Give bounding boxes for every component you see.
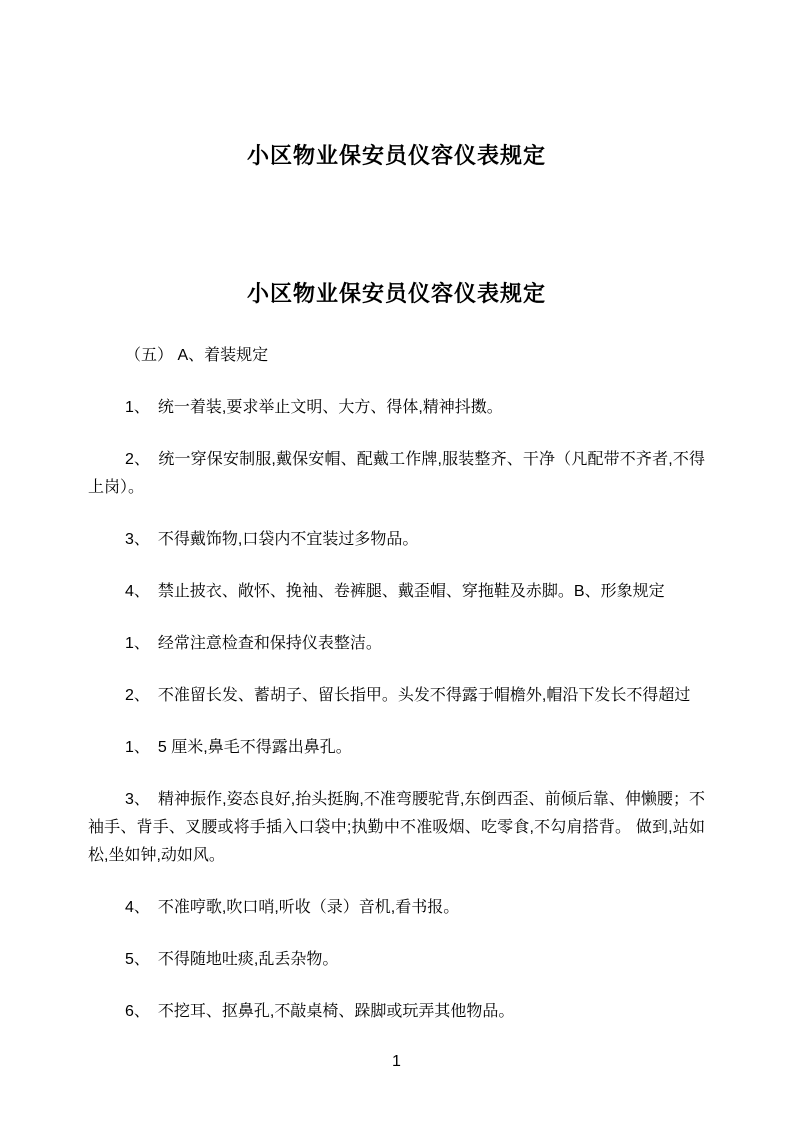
paragraph: 5、 不得随地吐痰,乱丢杂物。: [88, 946, 705, 974]
paragraph: 1、 经常注意检查和保持仪表整洁。: [88, 630, 705, 658]
paragraph: 3、 精神振作,姿态良好,抬头挺胸,不准弯腰驼背,东倒西歪、前倾后靠、伸懒腰；不…: [88, 786, 705, 870]
paragraph: 6、 不挖耳、抠鼻孔,不敲桌椅、跺脚或玩弄其他物品。: [88, 998, 705, 1026]
paragraph: 4、 禁止披衣、敞怀、挽袖、卷裤腿、戴歪帽、穿拖鞋及赤脚。B、形象规定: [88, 578, 705, 606]
page-number: 1: [0, 1050, 793, 1074]
paragraph: 1、 统一着装,要求举止文明、大方、得体,精神抖擞。: [88, 394, 705, 422]
document-heading: 小区物业保安员仪容仪表规定: [88, 278, 705, 310]
paragraph: 3、 不得戴饰物,口袋内不宜装过多物品。: [88, 526, 705, 554]
paragraph: 2、 不准留长发、蓄胡子、留长指甲。头发不得露于帽檐外,帽沿下发长不得超过: [88, 682, 705, 710]
section-heading: （五） A、着装规定: [88, 342, 705, 370]
document-title: 小区物业保安员仪容仪表规定: [88, 140, 705, 172]
paragraph: 1、 5 厘米,鼻毛不得露出鼻孔。: [88, 734, 705, 762]
paragraph: 2、 统一穿保安制服,戴保安帽、配戴工作牌,服装整齐、干净（凡配带不齐者,不得上…: [88, 446, 705, 502]
paragraph: 4、 不准哼歌,吹口哨,听收（录）音机,看书报。: [88, 894, 705, 922]
document-page: 小区物业保安员仪容仪表规定 小区物业保安员仪容仪表规定 （五） A、着装规定 1…: [0, 0, 793, 1122]
